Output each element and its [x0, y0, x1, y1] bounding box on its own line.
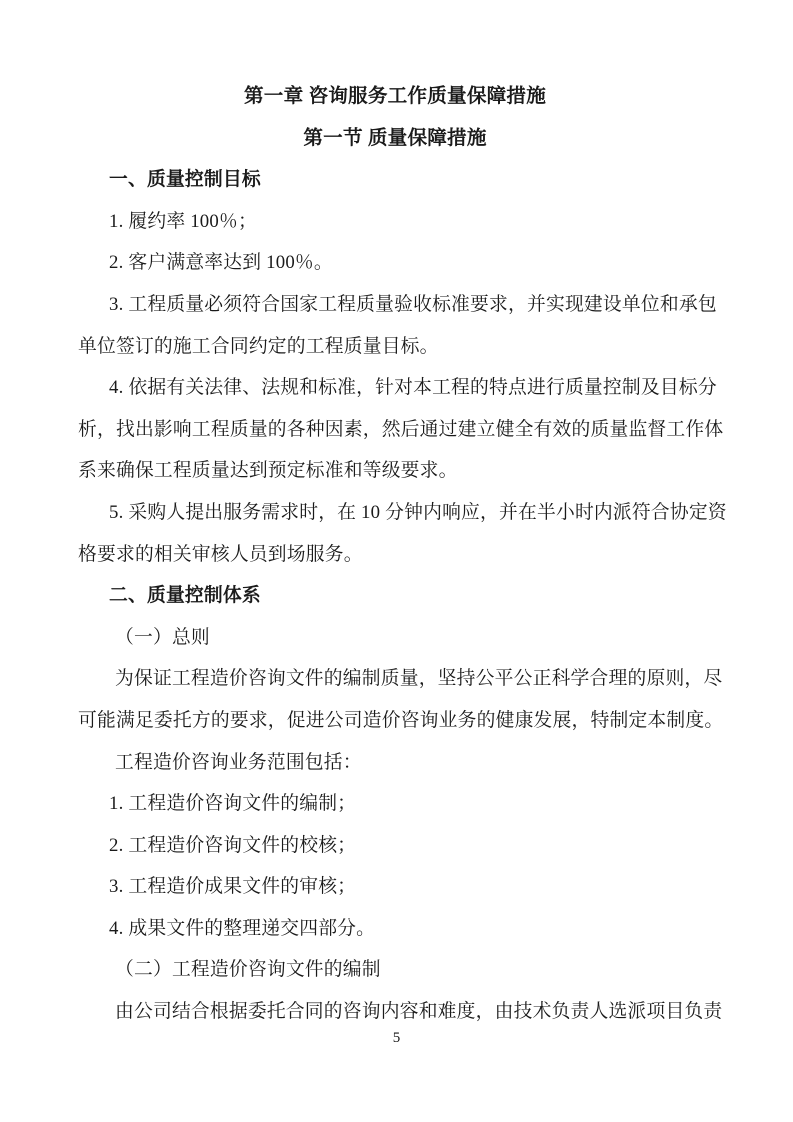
doc-line: （二）工程造价咨询文件的编制 [78, 949, 712, 991]
document-page: 第一章 咨询服务工作质量保障措施 第一节 质量保障措施 一、质量控制目标 1. … [0, 0, 793, 1122]
doc-line: 1. 履约率 100％； [78, 201, 712, 243]
document-content: 第一章 咨询服务工作质量保障措施 第一节 质量保障措施 一、质量控制目标 1. … [0, 0, 793, 1033]
doc-line: 2. 客户满意率达到 100％。 [78, 242, 712, 284]
doc-line: 析，找出影响工程质量的各种因素，然后通过建立健全有效的质量监督工作体 [78, 409, 712, 451]
doc-line: 工程造价咨询业务范围包括： [78, 742, 712, 784]
doc-line: 4. 成果文件的整理递交四部分。 [78, 908, 712, 950]
doc-line: 为保证工程造价咨询文件的编制质量，坚持公平公正科学合理的原则，尽 [78, 658, 712, 700]
doc-line: 2. 工程造价咨询文件的校核； [78, 825, 712, 867]
subsection-heading-2: 二、质量控制体系 [78, 575, 712, 617]
doc-line: 1. 工程造价咨询文件的编制； [78, 783, 712, 825]
doc-line: 4. 依据有关法律、法规和标准，针对本工程的特点进行质量控制及目标分 [78, 367, 712, 409]
doc-line: 系来确保工程质量达到预定标准和等级要求。 [78, 450, 712, 492]
doc-line: 由公司结合根据委托合同的咨询内容和难度，由技术负责人选派项目负责 [78, 991, 712, 1033]
doc-line: 5. 采购人提出服务需求时，在 10 分钟内响应，并在半小时内派符合协定资 [78, 492, 712, 534]
doc-line: （一）总则 [78, 617, 712, 659]
doc-line: 可能满足委托方的要求，促进公司造价咨询业务的健康发展，特制定本制度。 [78, 700, 712, 742]
doc-line: 格要求的相关审核人员到场服务。 [78, 534, 712, 576]
subsection-heading-1: 一、质量控制目标 [78, 159, 712, 201]
doc-line: 单位签订的施工合同约定的工程质量目标。 [78, 326, 712, 368]
chapter-heading: 第一章 咨询服务工作质量保障措施 [78, 76, 712, 118]
page-number: 5 [0, 1028, 793, 1048]
section-heading: 第一节 质量保障措施 [78, 118, 712, 160]
doc-line: 3. 工程质量必须符合国家工程质量验收标准要求，并实现建设单位和承包 [78, 284, 712, 326]
doc-line: 3. 工程造价成果文件的审核； [78, 866, 712, 908]
